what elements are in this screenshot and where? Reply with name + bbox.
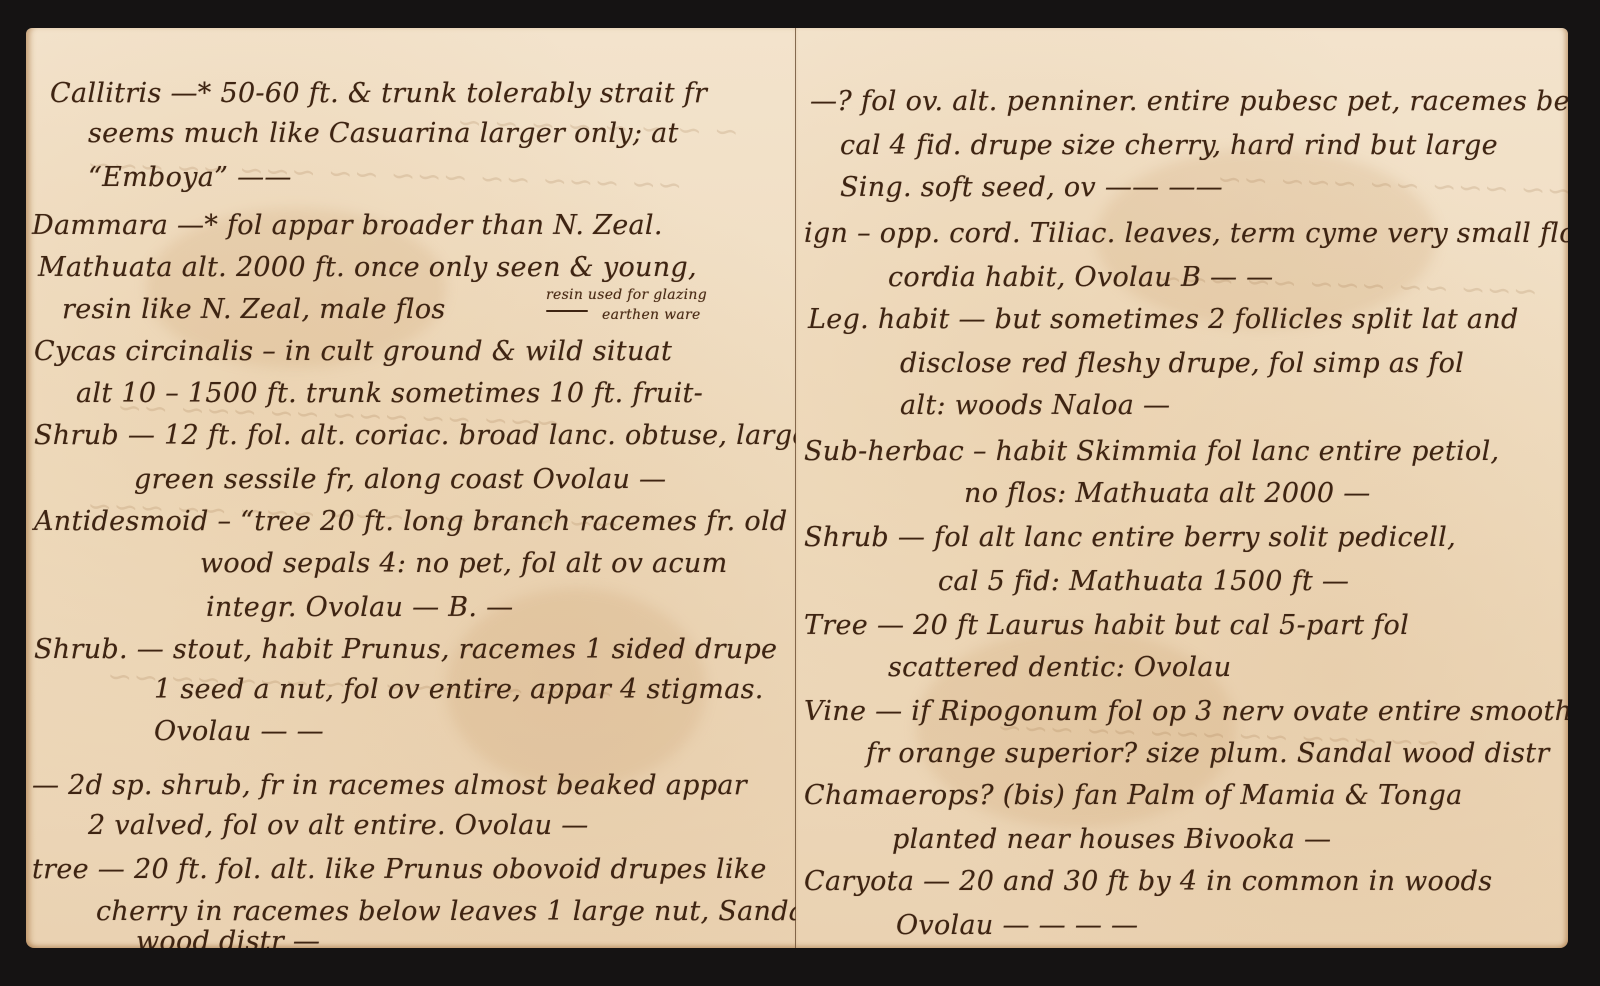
marginal-note: resin used for glazing <box>546 288 707 302</box>
text-line: Tree — 20 ft Laurus habit but cal 5-part… <box>804 612 1409 639</box>
marginal-note: earthen ware <box>602 308 701 322</box>
text-line: Sing. soft seed, ov —— —— <box>840 174 1223 201</box>
left-page: ~ ~ ~ ~ ~ ~ ~ ~ ~~ ~~~ ~~ ~~~ ~~ ~~~ ~~ … <box>26 28 796 948</box>
text-line: —? fol ov. alt. penniner. entire pubesc … <box>810 88 1568 115</box>
text-line: seems much like Casuarina larger only; a… <box>88 120 679 147</box>
text-line: resin like N. Zeal, male flos <box>62 296 446 323</box>
text-line: cal 5 fid: Mathuata 1500 ft — <box>938 568 1349 595</box>
text-line: Shrub — fol alt lanc entire berry solit … <box>804 524 1456 551</box>
text-line: Vine — if Ripogonum fol op 3 nerv ovate … <box>804 698 1568 725</box>
text-line: green sessile fr, along coast Ovolau — <box>134 466 666 493</box>
right-page: ~~ ~~~ ~~ ~~~ ~~ ~~~ ~~ ~~~ ~~ ~~~ ~~ ~~… <box>796 28 1568 948</box>
text-line: Mathuata alt. 2000 ft. once only seen & … <box>38 254 697 281</box>
text-line: no flos: Mathuata alt 2000 — <box>964 480 1371 507</box>
text-line: Dammara —* fol appar broader than N. Zea… <box>32 212 663 239</box>
text-line: wood distr — <box>136 928 320 948</box>
text-line: planted near houses Bivooka — <box>892 826 1331 853</box>
text-line: Caryota — 20 and 30 ft by 4 in common in… <box>804 868 1492 895</box>
text-line: alt 10 – 1500 ft. trunk sometimes 10 ft.… <box>76 380 703 407</box>
text-line: fr orange superior? size plum. Sandal wo… <box>866 740 1550 767</box>
text-line: Ovolau — — — — <box>896 912 1138 939</box>
underline-stroke <box>546 310 588 312</box>
text-line: Chamaerops? (bis) fan Palm of Mamia & To… <box>804 782 1463 809</box>
text-line: Shrub — 12 ft. fol. alt. coriac. broad l… <box>34 422 796 449</box>
text-line: disclose red fleshy drupe, fol simp as f… <box>900 350 1464 377</box>
text-line: cordia habit, Ovolau B — — <box>888 264 1273 291</box>
text-line: “Emboya” —— <box>88 164 292 191</box>
ink-bleed-through: ~~ ~~~ ~~ ~~~ ~~ <box>1215 162 1568 209</box>
text-line: Callitris —* 50-60 ft. & trunk tolerably… <box>50 80 707 107</box>
text-line: Sub-herbac – habit Skimmia fol lanc enti… <box>804 438 1499 465</box>
text-line: Antidesmoid – “tree 20 ft. long branch r… <box>34 508 788 535</box>
text-line: Shrub. — stout, habit Prunus, racemes 1 … <box>34 636 777 663</box>
text-line: alt: woods Naloa — <box>900 392 1170 419</box>
text-line: integr. Ovolau — B. — <box>206 594 513 621</box>
text-line: tree — 20 ft. fol. alt. like Prunus obov… <box>32 856 767 883</box>
open-notebook: ~ ~ ~ ~ ~ ~ ~ ~ ~~ ~~~ ~~ ~~~ ~~ ~~~ ~~ … <box>26 28 1568 948</box>
text-line: 1 seed a nut, fol ov entire, appar 4 sti… <box>154 676 764 703</box>
text-line: ign – opp. cord. Tiliac. leaves, term cy… <box>804 220 1568 247</box>
text-line: scattered dentic: Ovolau <box>888 654 1231 681</box>
text-line: cal 4 fid. drupe size cherry, hard rind … <box>840 132 1498 159</box>
text-line: cherry in racemes below leaves 1 large n… <box>96 898 796 925</box>
text-line: Leg. habit — but sometimes 2 follicles s… <box>808 306 1519 333</box>
text-line: wood sepals 4: no pet, fol alt ov acum <box>200 550 727 577</box>
text-line: 2 valved, fol ov alt entire. Ovolau — <box>88 812 589 839</box>
text-line: Ovolau — — <box>154 718 324 745</box>
text-line: Cycas circinalis – in cult ground & wild… <box>34 338 672 365</box>
text-line: — 2d sp. shrub, fr in racemes almost bea… <box>32 772 747 799</box>
